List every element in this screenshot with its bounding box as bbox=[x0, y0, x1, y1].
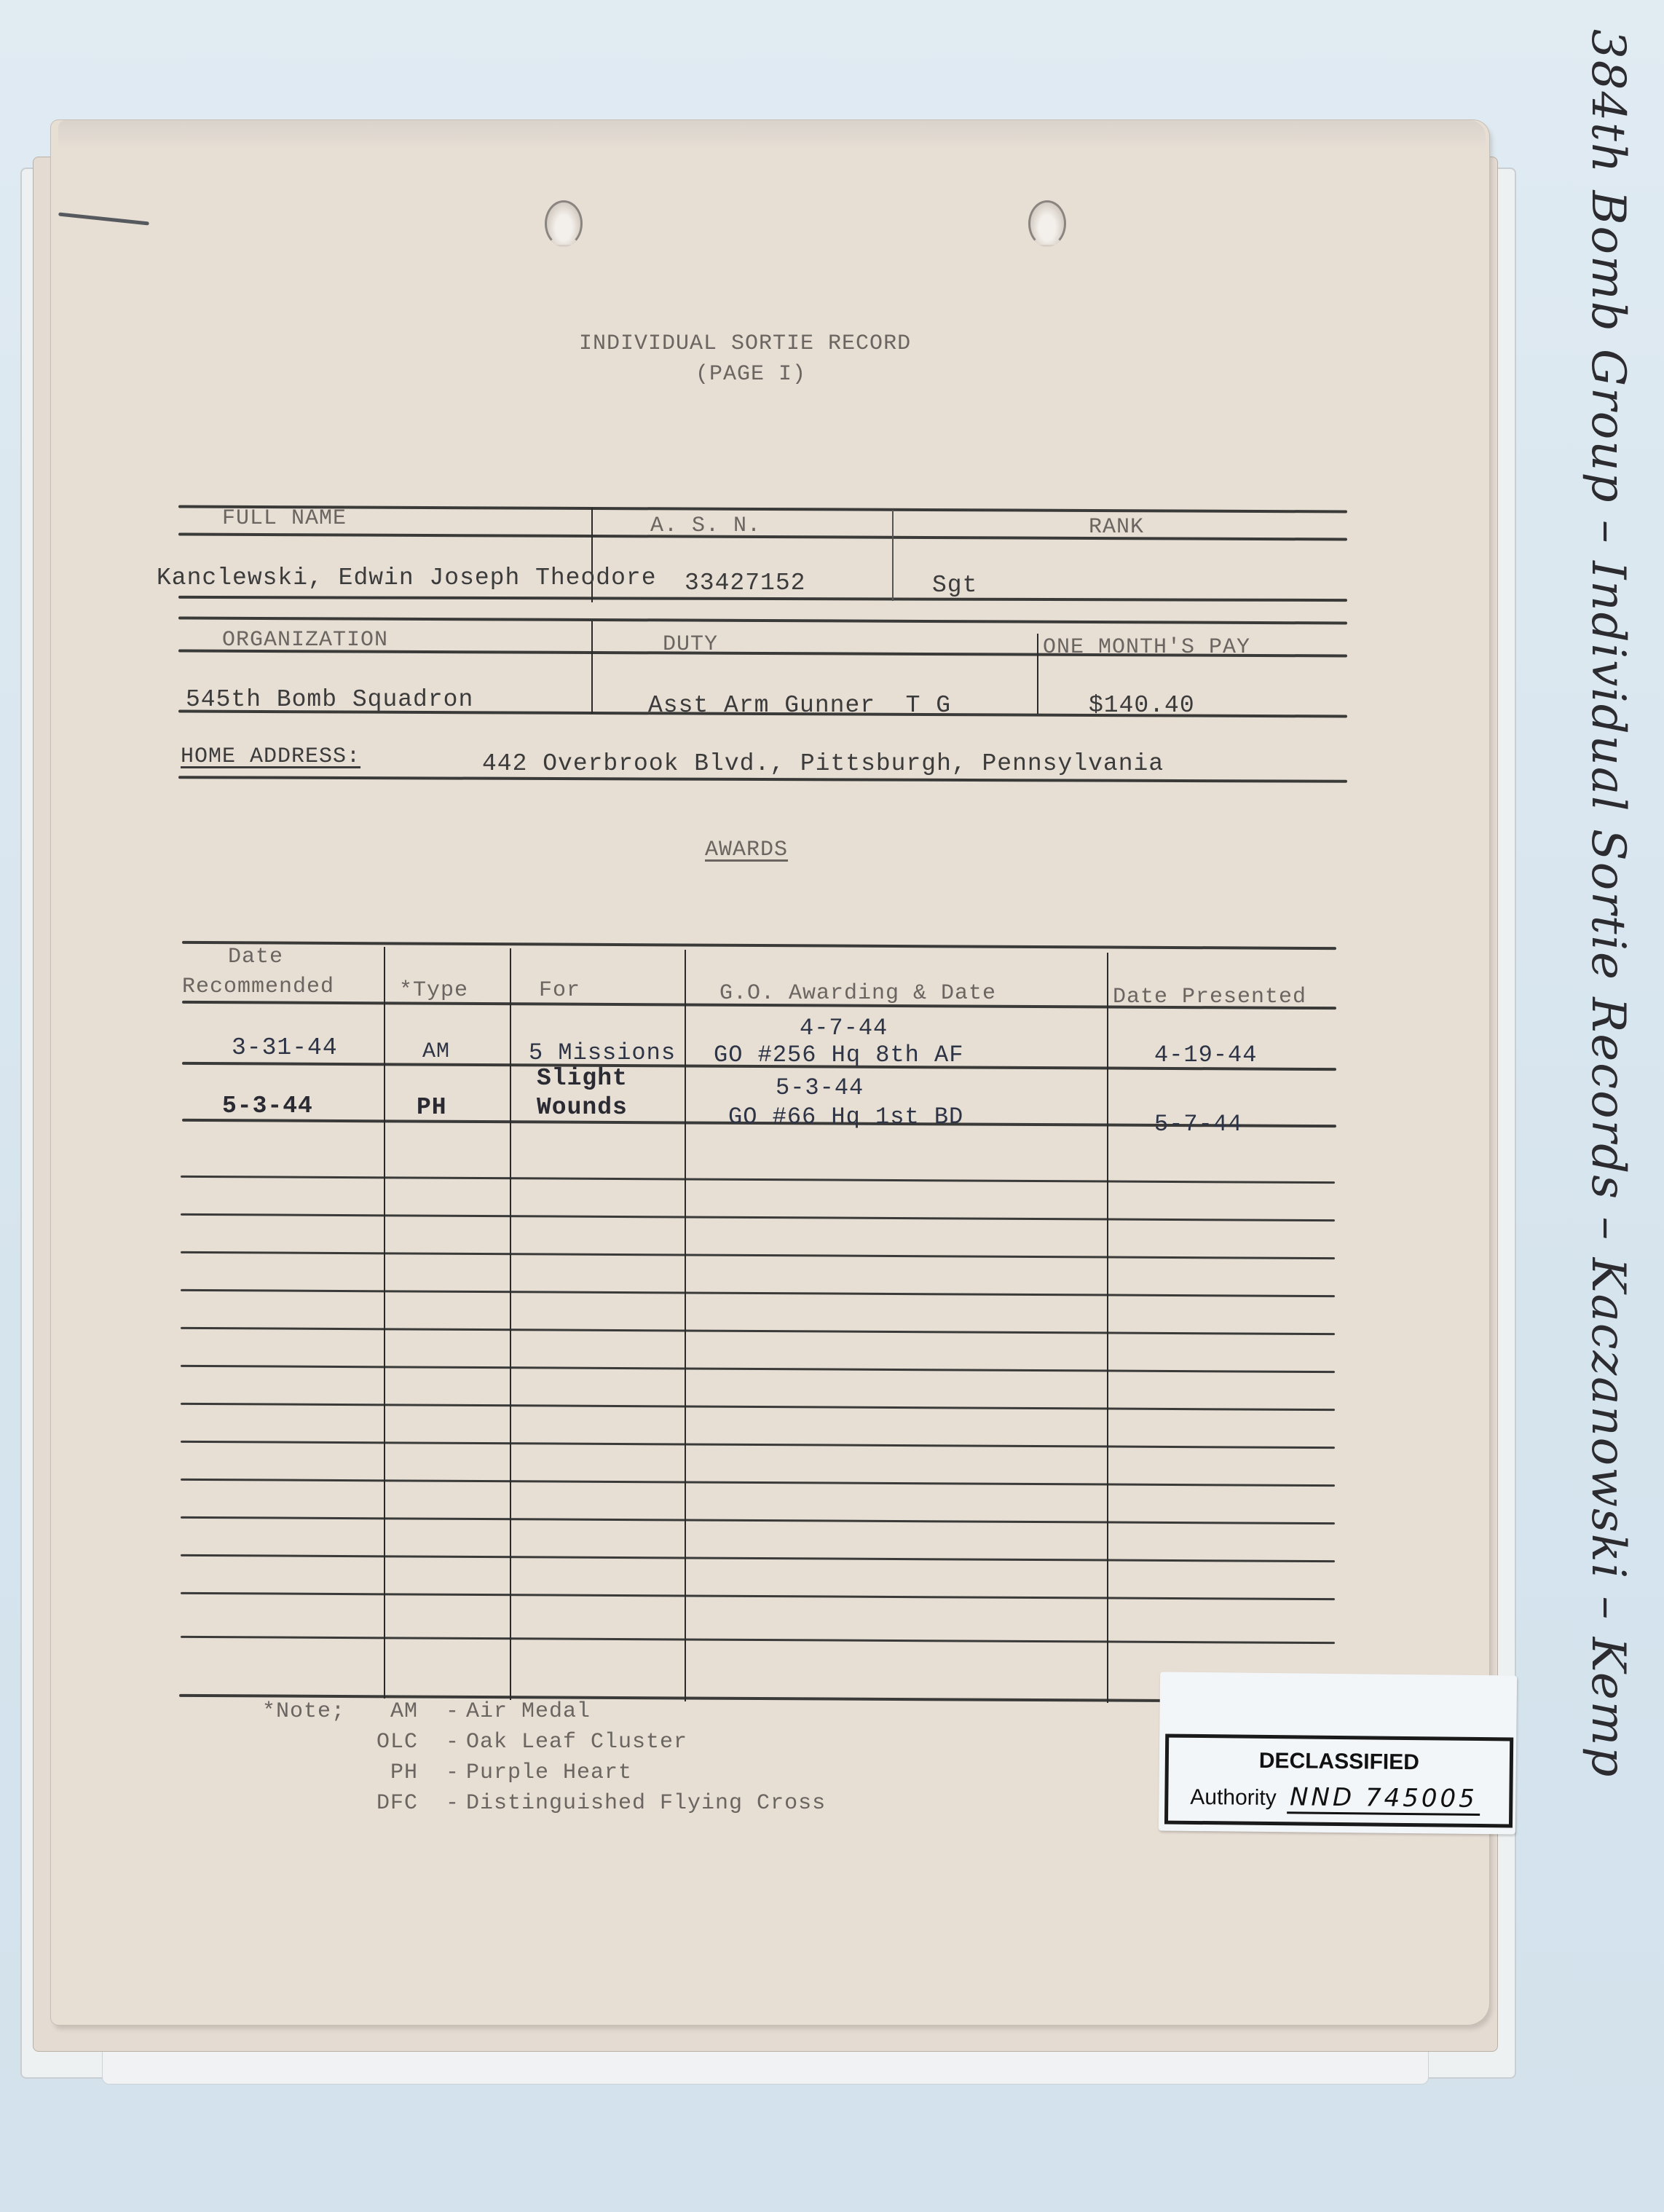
note-dash: - bbox=[446, 1730, 460, 1755]
duty-label: DUTY bbox=[663, 632, 718, 657]
full-name-label: FULL NAME bbox=[222, 506, 347, 531]
cell-for: 5 Missions bbox=[529, 1039, 676, 1066]
header-date-presented: Date Presented bbox=[1113, 985, 1306, 1009]
note-meaning: Purple Heart bbox=[466, 1760, 632, 1785]
note-abbr: AM bbox=[390, 1699, 418, 1724]
full-name-value: Kanclewski, Edwin Joseph Theodore bbox=[157, 564, 657, 591]
column-divider bbox=[510, 948, 511, 1700]
pay-label: ONE MONTH'S PAY bbox=[1043, 635, 1250, 660]
cell-date-presented: 5-7-44 bbox=[1154, 1111, 1242, 1138]
column-divider bbox=[384, 947, 385, 1699]
column-divider bbox=[685, 950, 686, 1701]
header-for: For bbox=[539, 978, 580, 1003]
home-address-value: 442 Overbrook Blvd., Pittsburgh, Pennsyl… bbox=[482, 750, 1164, 777]
declassified-tag: DECLASSIFIED Authority NND 745005 bbox=[1159, 1672, 1517, 1834]
asn-value: 33427152 bbox=[685, 570, 805, 597]
note-abbr: OLC bbox=[376, 1730, 418, 1755]
column-divider bbox=[591, 621, 593, 714]
cell-date-recommended: 5-3-44 bbox=[222, 1093, 313, 1119]
authority-label: Authority bbox=[1190, 1785, 1277, 1810]
cell-date-presented: 4-19-44 bbox=[1154, 1042, 1257, 1068]
declassified-box: DECLASSIFIED Authority NND 745005 bbox=[1164, 1734, 1513, 1828]
cell-go: GO #256 Hq 8th AF bbox=[714, 1042, 963, 1068]
cell-go-date: 4-7-44 bbox=[800, 1015, 888, 1042]
cell-go-date: 5-3-44 bbox=[776, 1074, 864, 1101]
note-dash: - bbox=[446, 1791, 460, 1816]
column-divider bbox=[1037, 634, 1038, 714]
organization-value: 545th Bomb Squadron bbox=[186, 686, 473, 713]
column-divider bbox=[892, 510, 894, 601]
rank-label: RANK bbox=[1089, 515, 1144, 540]
note-meaning: Oak Leaf Cluster bbox=[466, 1730, 687, 1755]
authority-number: NND 745005 bbox=[1287, 1782, 1480, 1816]
pay-value: $140.40 bbox=[1089, 692, 1195, 719]
header-date-recommended-line1: Date bbox=[228, 945, 283, 969]
notes-label: *Note; bbox=[262, 1699, 345, 1724]
cell-for-line2: Wounds bbox=[537, 1094, 628, 1121]
asn-label: A. S. N. bbox=[650, 513, 761, 538]
cell-for-line1: Slight bbox=[537, 1065, 628, 1092]
rank-value: Sgt bbox=[932, 572, 977, 599]
header-type: *Type bbox=[399, 978, 468, 1003]
home-address-label: HOME ADDRESS: bbox=[181, 744, 360, 769]
organization-label: ORGANIZATION bbox=[222, 628, 388, 653]
awards-heading: AWARDS bbox=[705, 838, 788, 862]
cell-type: PH bbox=[417, 1094, 447, 1121]
note-meaning: Distinguished Flying Cross bbox=[466, 1791, 826, 1816]
column-divider bbox=[1107, 953, 1108, 1703]
declassified-authority: Authority NND 745005 bbox=[1190, 1782, 1480, 1814]
header-date-recommended-line2: Recommended bbox=[182, 975, 334, 999]
note-abbr: PH bbox=[390, 1760, 418, 1785]
paper-top-edge bbox=[58, 120, 1486, 149]
handwritten-note: 384th Bomb Group – Individual Sortie Rec… bbox=[1581, 29, 1635, 1778]
duty-value: Asst Arm Gunner T G bbox=[648, 692, 951, 719]
cell-go: GO #66 Hq 1st BD bbox=[728, 1103, 963, 1130]
note-abbr: DFC bbox=[376, 1791, 418, 1816]
header-go-awarding: G.O. Awarding & Date bbox=[719, 981, 996, 1006]
punch-hole-left-icon bbox=[545, 200, 583, 247]
cell-date-recommended: 3-31-44 bbox=[232, 1034, 338, 1061]
punch-hole-right-icon bbox=[1028, 200, 1066, 247]
cell-type: AM bbox=[422, 1039, 450, 1064]
document-title: INDIVIDUAL SORTIE RECORD bbox=[579, 331, 911, 356]
document-subtitle: (PAGE I) bbox=[695, 362, 806, 387]
note-meaning: Air Medal bbox=[466, 1699, 591, 1724]
note-dash: - bbox=[446, 1699, 460, 1724]
declassified-title: DECLASSIFIED bbox=[1169, 1748, 1510, 1776]
note-dash: - bbox=[446, 1760, 460, 1785]
